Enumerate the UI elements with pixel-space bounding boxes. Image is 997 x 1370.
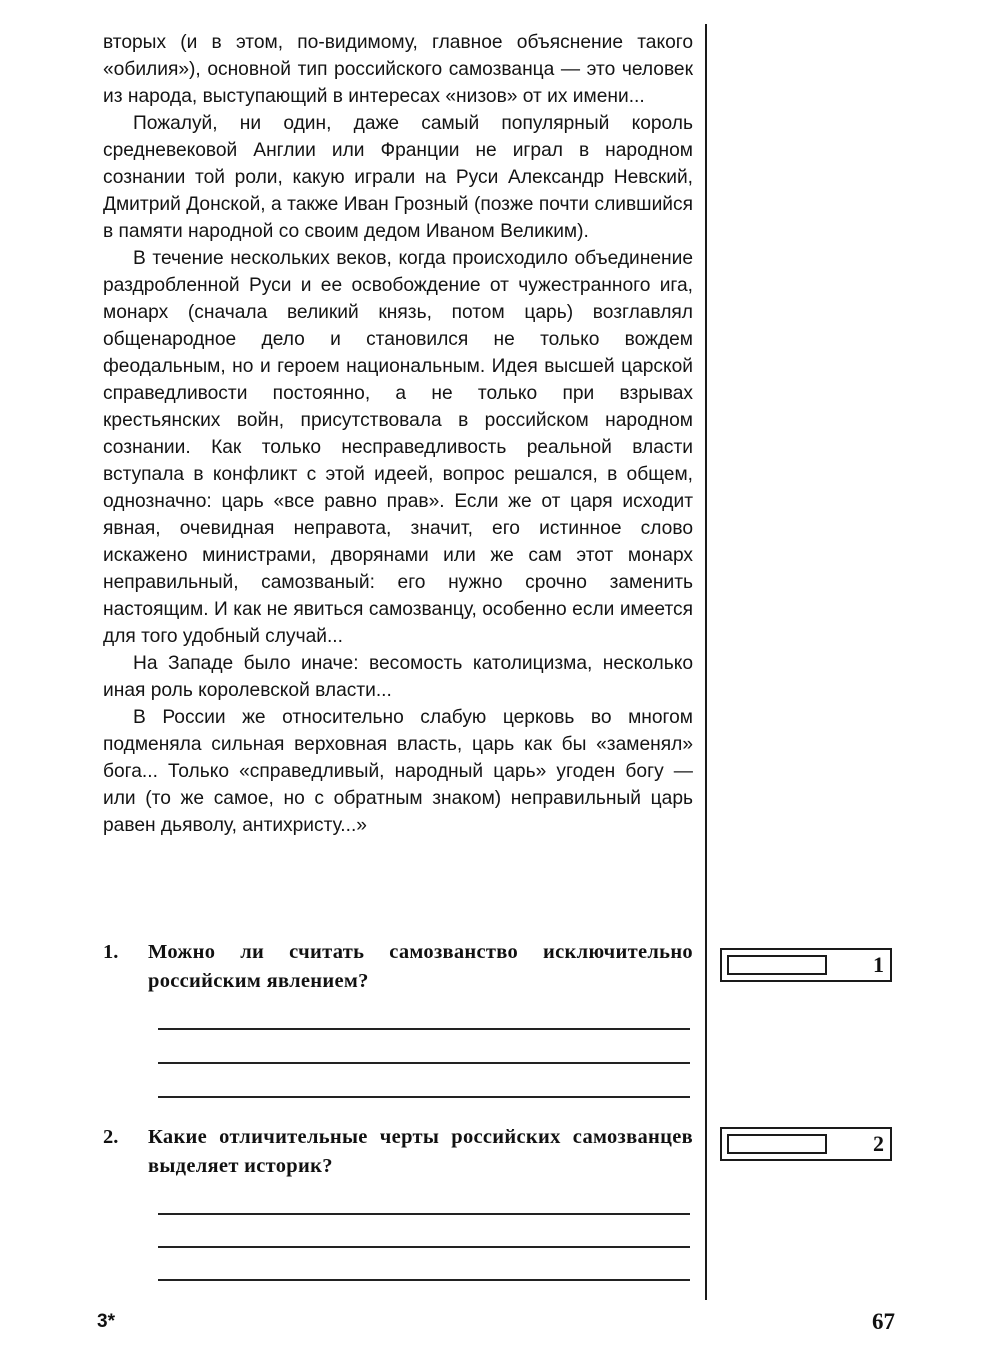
paragraph: В России же относительно слабую церковь … <box>103 704 693 839</box>
paragraph: На Западе было иначе: весомость католици… <box>103 650 693 704</box>
signature-mark: 3* <box>97 1311 115 1333</box>
question-text: Какие отличительные черты российских сам… <box>148 1123 693 1181</box>
score-box-label: 2 <box>873 1131 884 1157</box>
question-number: 2. <box>103 1123 118 1152</box>
question-number: 1. <box>103 938 118 967</box>
question-2: 2. Какие отличительные черты российских … <box>103 1123 693 1181</box>
question-1: 1. Можно ли считать самозванство исключи… <box>103 938 693 996</box>
answer-line-q2-2[interactable] <box>158 1246 690 1248</box>
score-box-label: 1 <box>873 952 884 978</box>
score-entry-field[interactable] <box>727 1134 827 1154</box>
source-text: вторых (и в этом, по-видимому, главное о… <box>103 29 693 839</box>
score-box-q1: 1 <box>720 948 892 982</box>
answer-line-q2-3[interactable] <box>158 1279 690 1281</box>
margin-divider <box>705 24 707 1300</box>
page-number: 67 <box>872 1309 895 1335</box>
question-text: Можно ли считать самозванство исключител… <box>148 938 693 996</box>
paragraph-continuation: вторых (и в этом, по-видимому, главное о… <box>103 29 693 110</box>
answer-line-q1-3[interactable] <box>158 1096 690 1098</box>
score-entry-field[interactable] <box>727 955 827 975</box>
answer-line-q1-1[interactable] <box>158 1028 690 1030</box>
paragraph: Пожалуй, ни один, даже самый популярный … <box>103 110 693 245</box>
score-box-q2: 2 <box>720 1127 892 1161</box>
answer-line-q1-2[interactable] <box>158 1062 690 1064</box>
workbook-page: вторых (и в этом, по-видимому, главное о… <box>0 0 997 1370</box>
answer-line-q2-1[interactable] <box>158 1213 690 1215</box>
paragraph: В течение нескольких веков, когда происх… <box>103 245 693 650</box>
